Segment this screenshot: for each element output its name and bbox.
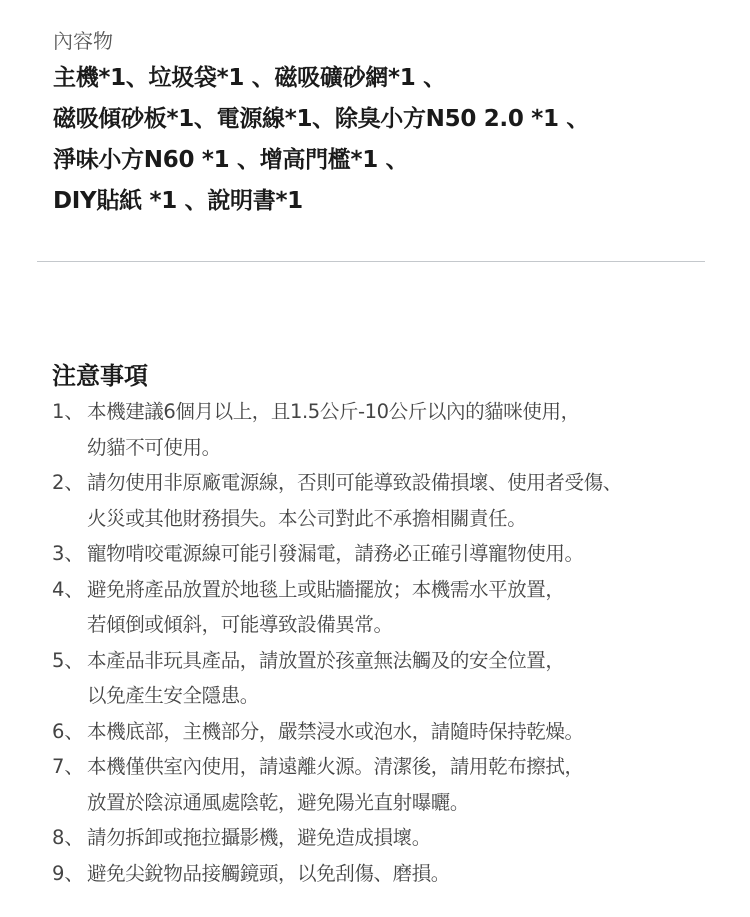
- notes-list: 1、 本機建議6個月以上，且1.5公斤-10公斤以內的貓咪使用， 幼貓不可使用。…: [52, 394, 750, 891]
- note-text: 避免尖銳物品接觸鏡頭，以免刮傷、磨損。: [87, 856, 750, 892]
- note-line: 寵物啃咬電源線可能引發漏電，請務必正確引導寵物使用。: [87, 536, 750, 572]
- note-text: 本機底部，主機部分，嚴禁浸水或泡水，請隨時保持乾燥。: [87, 714, 750, 750]
- note-item: 2、 請勿使用非原廠電源線，否則可能導致設備損壞、使用者受傷、 火災或其他財務損…: [52, 465, 750, 536]
- note-number: 2、: [52, 465, 87, 536]
- note-text: 請勿使用非原廠電源線，否則可能導致設備損壞、使用者受傷、 火災或其他財務損失。本…: [87, 465, 750, 536]
- note-item: 7、 本機僅供室內使用，請遠離火源。清潔後，請用乾布擦拭， 放置於陰涼通風處陰乾…: [52, 749, 750, 820]
- note-line: 以免產生安全隱患。: [87, 678, 750, 714]
- note-number: 5、: [52, 643, 87, 714]
- note-number: 3、: [52, 536, 87, 572]
- note-number: 7、: [52, 749, 87, 820]
- note-number: 1、: [52, 394, 87, 465]
- contents-line: 主機*1、垃圾袋*1 、磁吸礦砂網*1 、: [53, 58, 733, 99]
- note-number: 6、: [52, 714, 87, 750]
- contents-line: DIY貼紙 *1 、說明書*1: [53, 181, 733, 222]
- note-text: 避免將產品放置於地毯上或貼牆擺放；本機需水平放置， 若傾倒或傾斜，可能導致設備異…: [87, 572, 750, 643]
- note-line: 請勿使用非原廠電源線，否則可能導致設備損壞、使用者受傷、: [87, 465, 750, 501]
- note-line: 火災或其他財務損失。本公司對此不承擔相關責任。: [87, 501, 750, 537]
- section-divider: [37, 261, 705, 262]
- note-line: 幼貓不可使用。: [87, 430, 750, 466]
- note-item: 4、 避免將產品放置於地毯上或貼牆擺放；本機需水平放置， 若傾倒或傾斜，可能導致…: [52, 572, 750, 643]
- note-text: 本機僅供室內使用，請遠離火源。清潔後，請用乾布擦拭， 放置於陰涼通風處陰乾，避免…: [87, 749, 750, 820]
- note-line: 本機僅供室內使用，請遠離火源。清潔後，請用乾布擦拭，: [87, 749, 750, 785]
- note-line: 本機建議6個月以上，且1.5公斤-10公斤以內的貓咪使用，: [87, 394, 750, 430]
- note-number: 4、: [52, 572, 87, 643]
- note-item: 1、 本機建議6個月以上，且1.5公斤-10公斤以內的貓咪使用， 幼貓不可使用。: [52, 394, 750, 465]
- note-item: 9、 避免尖銳物品接觸鏡頭，以免刮傷、磨損。: [52, 856, 750, 892]
- note-text: 寵物啃咬電源線可能引發漏電，請務必正確引導寵物使用。: [87, 536, 750, 572]
- note-line: 放置於陰涼通風處陰乾，避免陽光直射曝曬。: [87, 785, 750, 821]
- notes-title: 注意事項: [52, 360, 148, 392]
- note-text: 本機建議6個月以上，且1.5公斤-10公斤以內的貓咪使用， 幼貓不可使用。: [87, 394, 750, 465]
- note-line: 請勿拆卸或拖拉攝影機，避免造成損壞。: [87, 820, 750, 856]
- note-item: 3、 寵物啃咬電源線可能引發漏電，請務必正確引導寵物使用。: [52, 536, 750, 572]
- note-text: 本產品非玩具產品，請放置於孩童無法觸及的安全位置， 以免產生安全隱患。: [87, 643, 750, 714]
- contents-label: 內容物: [53, 28, 113, 54]
- contents-line: 磁吸傾砂板*1、電源線*1、除臭小方N50 2.0 *1 、: [53, 99, 733, 140]
- contents-line: 淨味小方N60 *1 、增高門檻*1 、: [53, 140, 733, 181]
- note-line: 避免將產品放置於地毯上或貼牆擺放；本機需水平放置，: [87, 572, 750, 608]
- note-item: 6、 本機底部，主機部分，嚴禁浸水或泡水，請隨時保持乾燥。: [52, 714, 750, 750]
- note-line: 本機底部，主機部分，嚴禁浸水或泡水，請隨時保持乾燥。: [87, 714, 750, 750]
- note-number: 8、: [52, 820, 87, 856]
- note-text: 請勿拆卸或拖拉攝影機，避免造成損壞。: [87, 820, 750, 856]
- note-line: 避免尖銳物品接觸鏡頭，以免刮傷、磨損。: [87, 856, 750, 892]
- note-line: 本產品非玩具產品，請放置於孩童無法觸及的安全位置，: [87, 643, 750, 679]
- note-item: 8、 請勿拆卸或拖拉攝影機，避免造成損壞。: [52, 820, 750, 856]
- contents-list: 主機*1、垃圾袋*1 、磁吸礦砂網*1 、 磁吸傾砂板*1、電源線*1、除臭小方…: [53, 58, 733, 222]
- note-item: 5、 本產品非玩具產品，請放置於孩童無法觸及的安全位置， 以免產生安全隱患。: [52, 643, 750, 714]
- note-line: 若傾倒或傾斜，可能導致設備異常。: [87, 607, 750, 643]
- note-number: 9、: [52, 856, 87, 892]
